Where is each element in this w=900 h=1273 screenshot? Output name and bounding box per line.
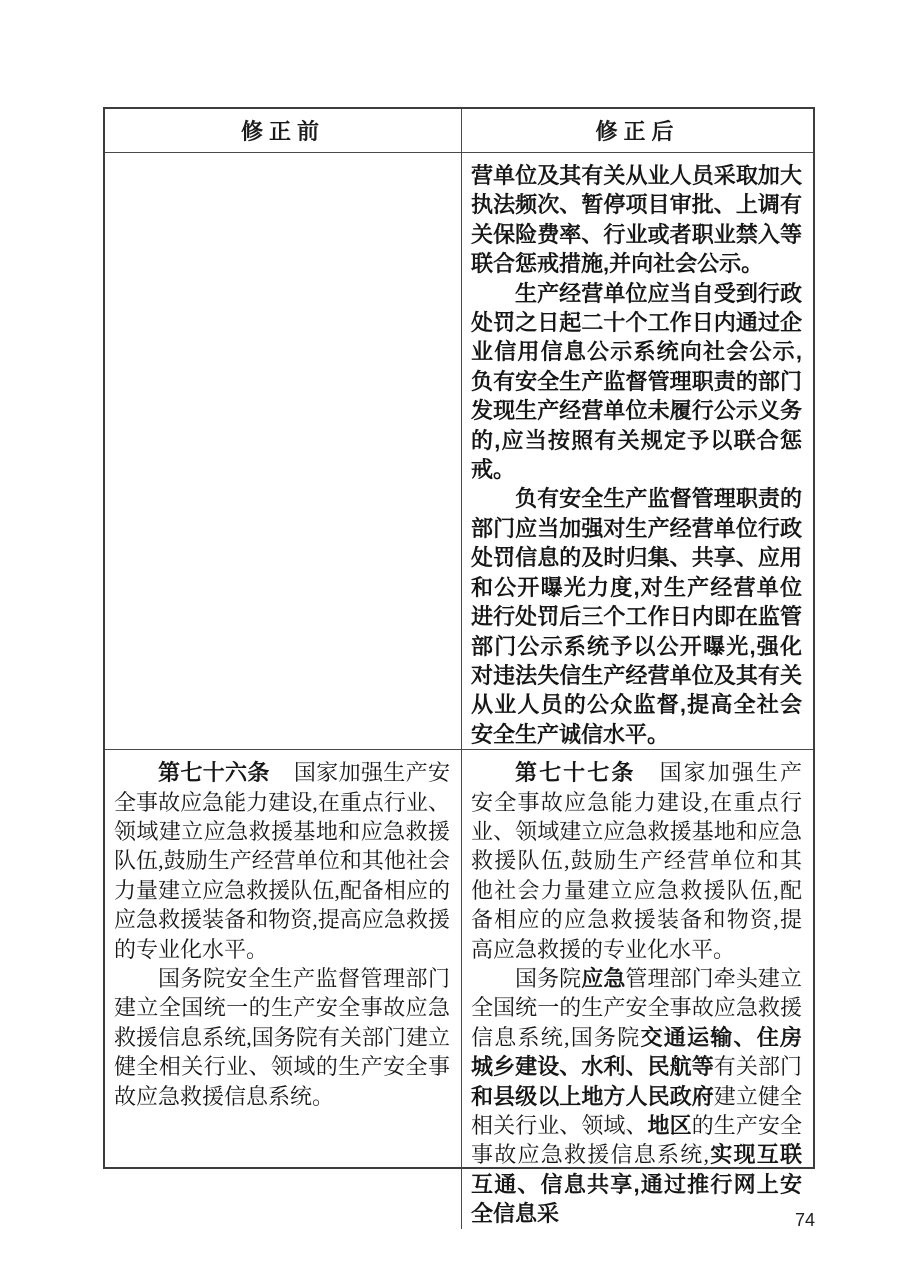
text-run: 国家加强生产安全事故应急能力建设,在重点行业、领域建立应急救援基地和应急救援队伍… — [114, 760, 450, 961]
text-run: 地区 — [648, 1113, 692, 1138]
paragraph: 国务院应急管理部门牵头建立全国统一的生产安全事故应急救援信息系统,国务院交通运输… — [471, 964, 802, 1229]
table-row: 第七十六条国家加强生产安全事故应急能力建设,在重点行业、领域建立应急救援基地和应… — [105, 750, 813, 1229]
paragraph: 第七十七条国家加强生产安全事故应急能力建设,在重点行业、领域建立应急救援基地和应… — [471, 758, 802, 964]
page-number: 74 — [795, 1210, 815, 1231]
paragraph: 第七十六条国家加强生产安全事故应急能力建设,在重点行业、领域建立应急救援基地和应… — [114, 758, 450, 964]
table-cell-after: 营单位及其有关从业人员采取加大执法频次、暂停项目审批、上调有关保险费率、行业或者… — [461, 153, 813, 749]
text-run: 生产经营单位应当自受到行政处罚之日起二十个工作日内通过企业信用信息公示系统向社会… — [471, 281, 802, 482]
article-number: 第七十六条 — [158, 760, 270, 785]
column-header-after: 修正后 — [461, 109, 813, 152]
table-cell-before — [105, 153, 461, 749]
paragraph: 生产经营单位应当自受到行政处罚之日起二十个工作日内通过企业信用信息公示系统向社会… — [471, 279, 802, 485]
comparison-table: 修正前 修正后 营单位及其有关从业人员采取加大执法频次、暂停项目审批、上调有关保… — [103, 107, 815, 1169]
text-run: 国务院 — [515, 966, 581, 991]
document-page: 修正前 修正后 营单位及其有关从业人员采取加大执法频次、暂停项目审批、上调有关保… — [0, 0, 900, 1273]
table-cell-after: 第七十七条国家加强生产安全事故应急能力建设,在重点行业、领域建立应急救援基地和应… — [461, 750, 813, 1229]
column-header-before: 修正前 — [105, 109, 461, 152]
paragraph: 营单位及其有关从业人员采取加大执法频次、暂停项目审批、上调有关保险费率、行业或者… — [471, 161, 802, 279]
paragraph: 负有安全生产监督管理职责的部门应当加强对生产经营单位行政处罚信息的及时归集、共享… — [471, 484, 802, 749]
text-run: 国家加强生产安全事故应急能力建设,在重点行业、领域建立应急救援基地和应急救援队伍… — [471, 760, 802, 961]
text-run: 营单位及其有关从业人员采取加大执法频次、暂停项目审批、上调有关保险费率、行业或者… — [471, 163, 802, 276]
table-header-row: 修正前 修正后 — [105, 109, 813, 153]
text-run: 和县级以上地方人民政府 — [471, 1084, 714, 1109]
text-run: 国务院安全生产监督管理部门建立全国统一的生产安全事故应急救援信息系统,国务院有关… — [114, 966, 450, 1109]
text-run: 负有安全生产监督管理职责的部门应当加强对生产经营单位行政处罚信息的及时归集、共享… — [471, 486, 802, 746]
paragraph: 国务院安全生产监督管理部门建立全国统一的生产安全事故应急救援信息系统,国务院有关… — [114, 964, 450, 1111]
article-number: 第七十七条 — [515, 760, 635, 785]
table-row: 营单位及其有关从业人员采取加大执法频次、暂停项目审批、上调有关保险费率、行业或者… — [105, 153, 813, 750]
table-cell-before: 第七十六条国家加强生产安全事故应急能力建设,在重点行业、领域建立应急救援基地和应… — [105, 750, 461, 1229]
text-run: 应急 — [581, 966, 625, 991]
text-run: 有关部门 — [714, 1054, 802, 1079]
